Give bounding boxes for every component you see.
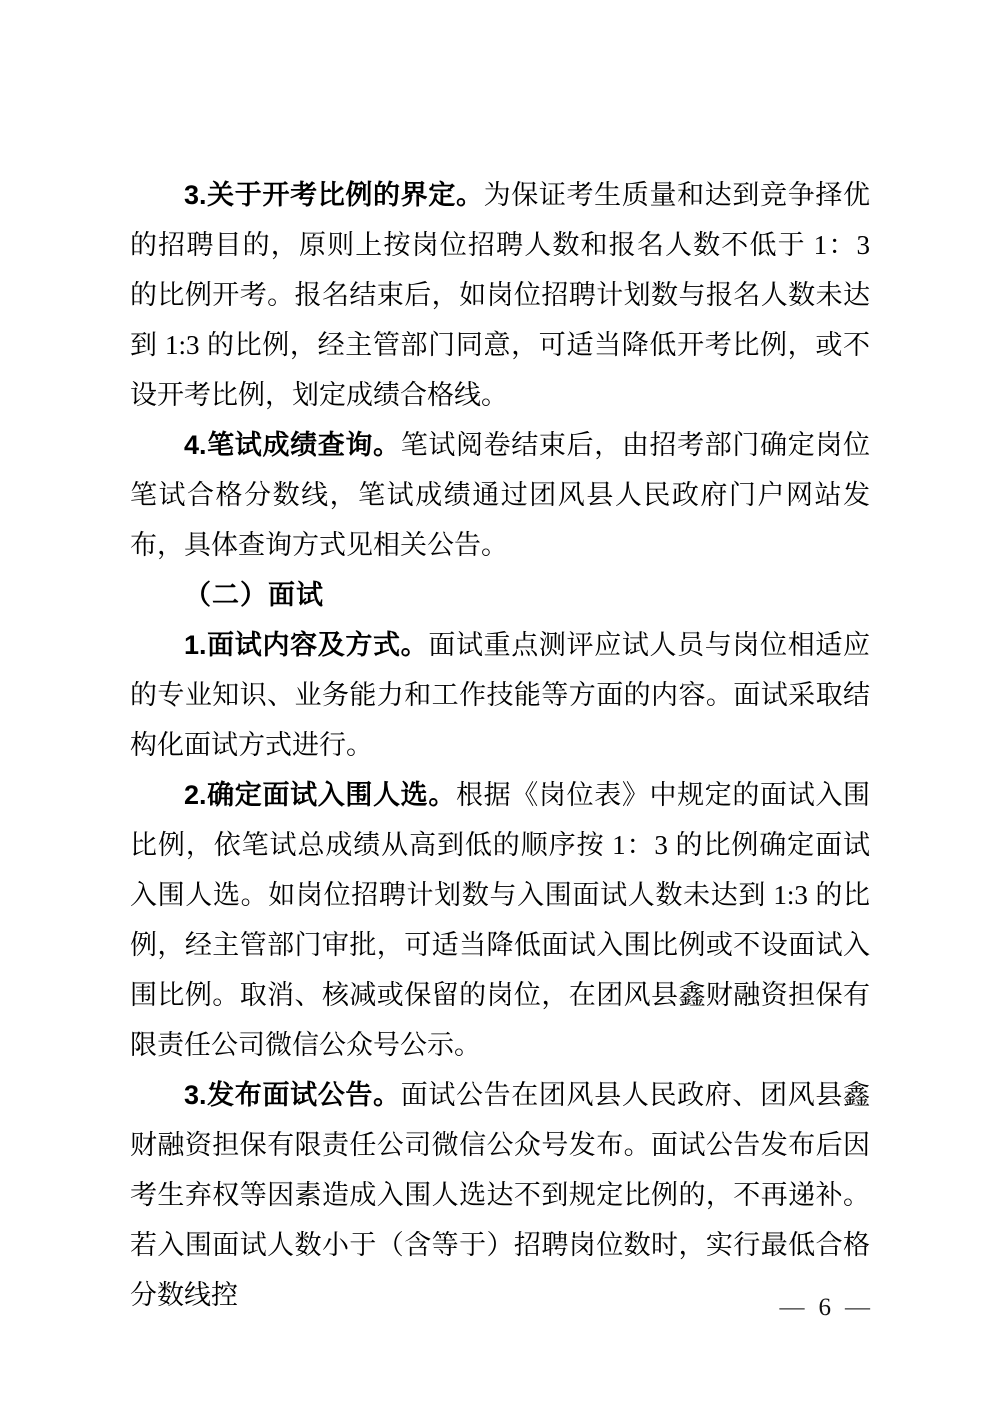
footer-dash-left: — (780, 1294, 805, 1321)
para-lead: 3.关于开考比例的界定。 (184, 180, 484, 210)
footer-dash-right: — (845, 1294, 870, 1321)
para-exam-ratio-definition: 3.关于开考比例的界定。为保证考生质量和达到竞争择优的招聘目的，原则上按岗位招聘… (130, 170, 870, 420)
heading-label: （二）面试 (184, 580, 324, 610)
para-text: 面试公告在团风县人民政府、团风县鑫财融资担保有限责任公司微信公众号发布。面试公告… (130, 1080, 870, 1310)
para-interview-content-method: 1.面试内容及方式。面试重点测评应试人员与岗位相适应的专业知识、业务能力和工作技… (130, 620, 870, 770)
para-lead: 3.发布面试公告。 (184, 1080, 401, 1110)
page-number: 6 (819, 1294, 832, 1321)
para-text: 根据《岗位表》中规定的面试入围比例，依笔试总成绩从高到低的顺序按 1：3 的比例… (130, 780, 870, 1060)
para-text: 为保证考生质量和达到竞争择优的招聘目的，原则上按岗位招聘人数和报名人数不低于 1… (130, 180, 870, 410)
page-footer: —6— (780, 1293, 871, 1323)
heading-interview-section: （二）面试 (130, 570, 870, 620)
para-lead: 1.面试内容及方式。 (184, 630, 428, 660)
para-interview-shortlist: 2.确定面试入围人选。根据《岗位表》中规定的面试入围比例，依笔试总成绩从高到低的… (130, 770, 870, 1070)
para-lead: 2.确定面试入围人选。 (184, 780, 456, 810)
para-interview-announcement: 3.发布面试公告。面试公告在团风县人民政府、团风县鑫财融资担保有限责任公司微信公… (130, 1070, 870, 1320)
para-written-score-inquiry: 4.笔试成绩查询。笔试阅卷结束后，由招考部门确定岗位笔试合格分数线，笔试成绩通过… (130, 420, 870, 570)
para-lead: 4.笔试成绩查询。 (184, 430, 401, 460)
document-body: 3.关于开考比例的界定。为保证考生质量和达到竞争择优的招聘目的，原则上按岗位招聘… (130, 170, 870, 1320)
